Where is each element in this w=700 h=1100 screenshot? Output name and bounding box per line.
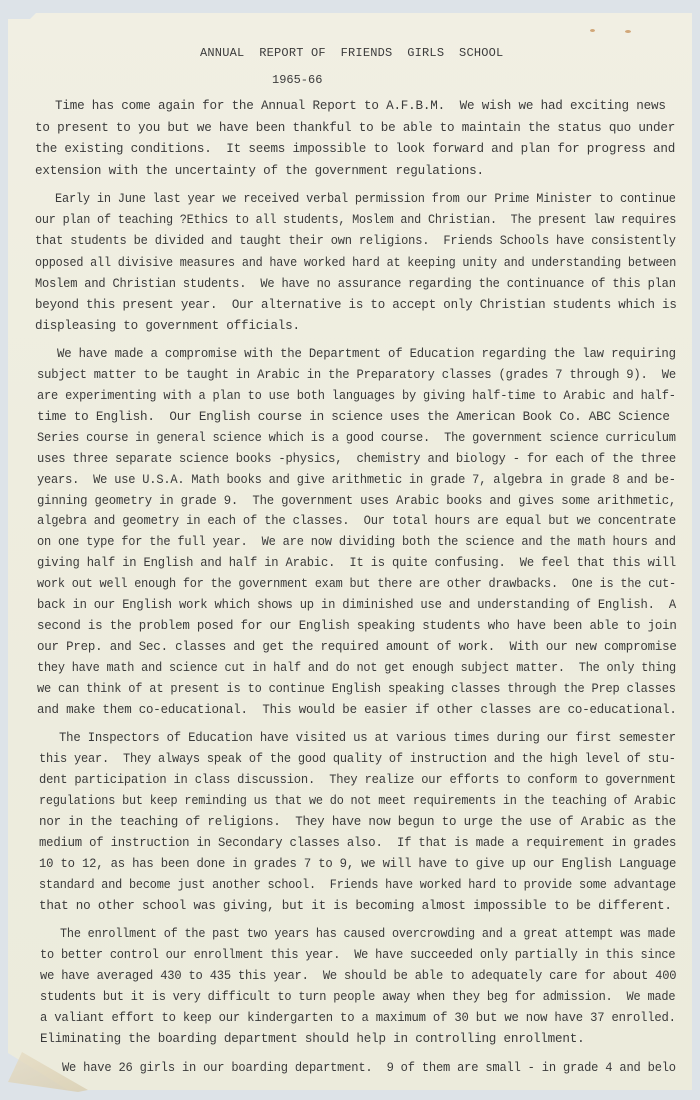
paragraph-3-line: are experimenting with a plan to use bot… [37, 389, 676, 403]
paragraph-1-line: Time has come again for the Annual Repor… [55, 99, 666, 113]
paragraph-4-line: medium of instruction in Secondary class… [39, 836, 676, 850]
paragraph-3-line: years. We use U.S.A. Math books and give… [37, 473, 676, 487]
rust-stain [625, 30, 631, 33]
paragraph-3-line: on one type for the full year. We are no… [37, 535, 676, 549]
paragraph-1-line: the existing conditions. It seems imposs… [35, 142, 675, 156]
paragraph-2-line: opposed all divisive measures and have w… [35, 256, 676, 270]
paragraph-3-line: subject matter to be taught in Arabic in… [37, 368, 676, 382]
paragraph-3-line: our Prep. and Sec. classes and get the r… [37, 640, 677, 654]
paragraph-4-line: nor in the teaching of religions. They h… [39, 815, 676, 829]
paragraph-2-line: that students be divided and taught thei… [35, 234, 676, 248]
paragraph-5-line: The enrollment of the past two years has… [60, 927, 676, 941]
paragraph-3-line: We have made a compromise with the Depar… [57, 347, 676, 361]
paragraph-5-line: Eliminating the boarding department shou… [40, 1032, 584, 1046]
paragraph-4-line: The Inspectors of Education have visited… [59, 731, 676, 745]
paragraph-3-line: back in our English work which shows up … [37, 598, 676, 612]
paragraph-3-line: second is the problem posed for our Engl… [37, 619, 677, 633]
paragraph-3-line: uses three separate science books -physi… [37, 452, 676, 466]
paragraph-4-line: that no other school was giving, but it … [39, 899, 672, 913]
paragraph-3-line: we can think of at present is to continu… [37, 682, 676, 696]
paragraph-3-line: and make them co-educational. This would… [37, 703, 677, 717]
paragraph-5-line: students but it is very difficult to tur… [40, 990, 675, 1004]
paragraph-3-line: giving half in English and half in Arabi… [37, 556, 676, 570]
paragraph-2-line: Early in June last year we received verb… [55, 192, 676, 206]
paragraph-5-line: to better control our enrollment this ye… [40, 948, 675, 962]
paragraph-3-line: work out well enough for the government … [37, 577, 676, 591]
paragraph-4-line: standard and become just another school.… [39, 878, 676, 892]
rust-stain [590, 29, 595, 32]
paragraph-3-line: they have math and science cut in half a… [37, 661, 676, 675]
paragraph-4-line: regulations but keep reminding us that w… [39, 794, 676, 808]
paragraph-3-line: time to English. Our English course in s… [37, 410, 670, 424]
paragraph-3-line: algebra and geometry in each of the clas… [37, 514, 676, 528]
paragraph-2-line: our plan of teaching ?Ethics to all stud… [35, 213, 676, 227]
paragraph-2-line: Moslem and Christian students. We have n… [35, 277, 676, 291]
paragraph-4-line: this year. They always speak of the good… [39, 752, 676, 766]
paragraph-2-line: beyond this present year. Our alternativ… [35, 298, 677, 312]
paragraph-5-line: we have averaged 430 to 435 this year. W… [40, 969, 676, 983]
paragraph-1-line: extension with the uncertainty of the go… [35, 164, 484, 178]
paragraph-1-line: to present to you but we have been thank… [35, 121, 675, 135]
paragraph-3-line: Series course in general science which i… [37, 431, 676, 445]
document-year: 1965-66 [272, 73, 322, 87]
paragraph-4-line: 10 to 12, as has been done in grades 7 t… [39, 857, 676, 871]
paragraph-3-line: ginning geometry in grade 9. The governm… [37, 494, 676, 508]
paragraph-6-line: We have 26 girls in our boarding departm… [62, 1061, 676, 1075]
paragraph-4-line: dent participation in class discussion. … [39, 773, 676, 787]
paragraph-2-line: displeasing to government officials. [35, 319, 300, 333]
document-title: ANNUAL REPORT OF FRIENDS GIRLS SCHOOL [200, 46, 503, 60]
paragraph-5-line: a valiant effort to keep our kindergarte… [40, 1011, 676, 1025]
